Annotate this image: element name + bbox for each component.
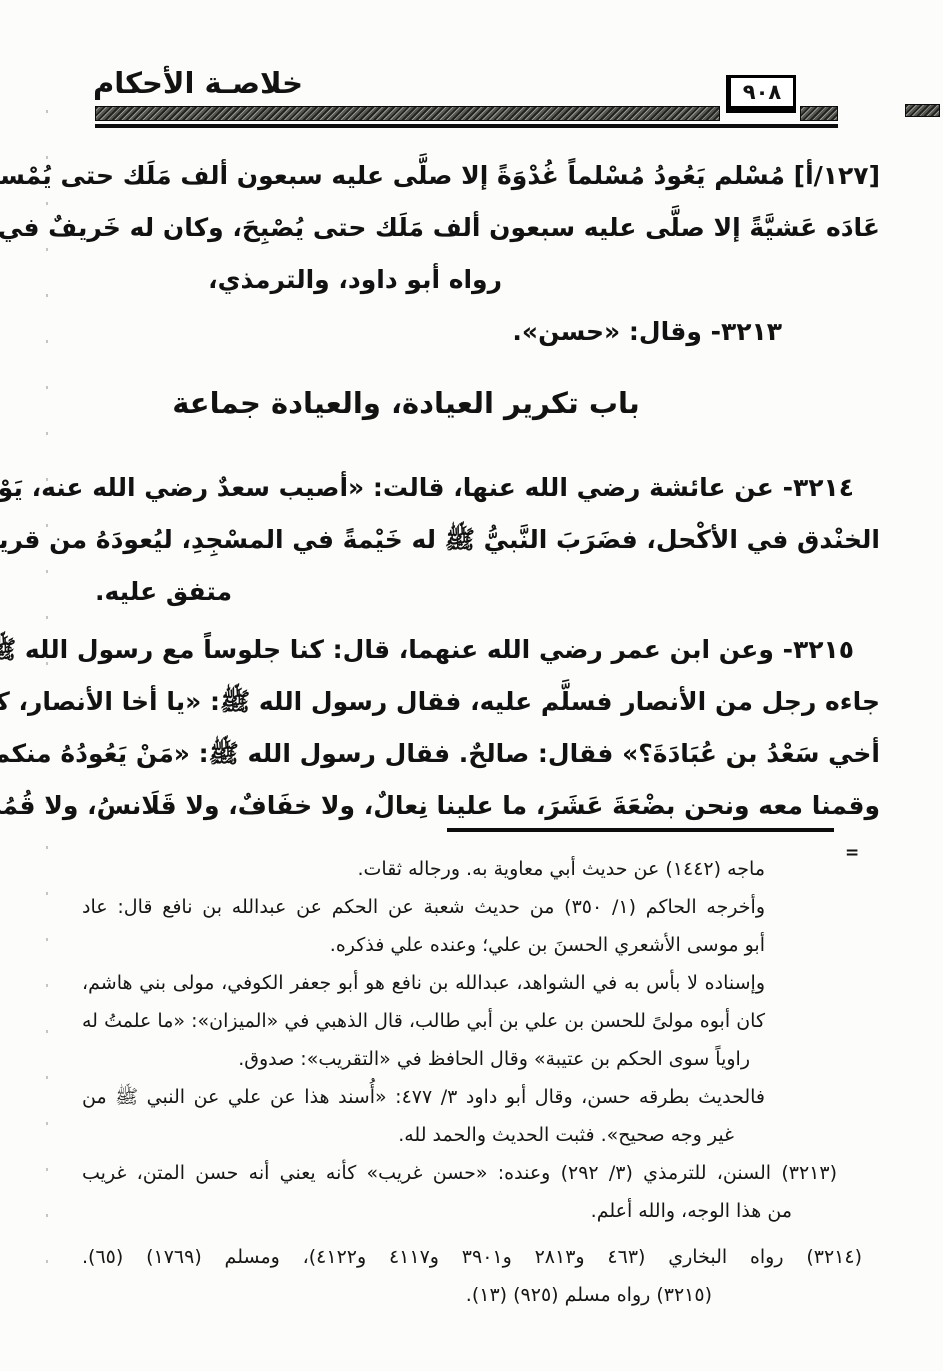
hadith-3215-line-1: ٣٢١٥- وعن ابن عمر رضي الله عنهما، قال: ك… [95, 624, 880, 676]
hadith-continuation-paragraph: [١٢٧/أ] مُسْلم يَعُودُ مُسْلماً غُدْوَةً… [95, 150, 880, 358]
hadith-3215-line-4: وقمنا معه ونحن بضْعَةَ عَشَرَ، ما علينا … [95, 780, 880, 832]
hadith-3214-line-1: ٣٢١٤- عن عائشة رضي الله عنها، قالت: «أصي… [95, 462, 880, 514]
hadith-3214-paragraph: ٣٢١٤- عن عائشة رضي الله عنها، قالت: «أصي… [95, 462, 880, 618]
footnote-line-2: وأخرجه الحاكم (١/ ٣٥٠) من حديث شعبة عن ا… [82, 888, 862, 926]
header-rule [95, 124, 838, 128]
hadith-3215-paragraph: ٣٢١٥- وعن ابن عمر رضي الله عنهما، قال: ك… [95, 624, 880, 832]
footnote-line-6: راوياً سوى الحكم بن عتيبة» وقال الحافظ ف… [82, 1040, 862, 1078]
hadith-3215-line-2: جاءه رجل من الأنصار فسلَّم عليه، فقال رس… [95, 676, 880, 728]
footnote-line-3: أبو موسى الأشعري الحسنَ بن علي؛ وعنده عل… [82, 926, 862, 964]
hadith-3215-line-3: أخي سَعْدُ بن عُبَادَةَ؟» فقال: صالحٌ. ف… [95, 728, 880, 780]
hadith-continuation-line-3: رواه أبو داود، والترمذي، [95, 254, 880, 306]
footnotes-block: ماجه (١٤٤٢) عن حديث أبي معاوية به. ورجال… [82, 850, 862, 1314]
footnote-line-8: غير وجه صحيح». فثبت الحديث والحمد لله. [82, 1116, 862, 1154]
footnote-line-9: (٣٢١٣) السنن، للترمذي (٣/ ٢٩٢) وعنده: «ح… [82, 1154, 862, 1192]
footnote-line-12: (٣٢١٥) رواه مسلم (٩٢٥) (١٣). [82, 1276, 862, 1314]
book-title: خلاصـة الأحكام [93, 66, 303, 100]
header-ornament-band-edge [905, 104, 940, 117]
page-number: ٩٠٨ [743, 82, 781, 103]
footnote-line-1: ماجه (١٤٤٢) عن حديث أبي معاوية به. ورجال… [82, 850, 862, 888]
header-ornament-band-left [95, 106, 720, 121]
footnote-line-11: (٣٢١٤) رواه البخاري (٤٦٣ و٢٨١٣ و٣٩٠١ و٤١… [82, 1238, 862, 1276]
chapter-heading: باب تكرير العيادة، والعيادة جماعة [172, 380, 640, 426]
hadith-continuation-line-1: [١٢٧/أ] مُسْلم يَعُودُ مُسْلماً غُدْوَةً… [95, 150, 880, 202]
book-page: خلاصـة الأحكام ٩٠٨ [١٢٧/أ] مُسْلم يَعُود… [0, 0, 943, 1371]
footnote-line-5: كان أبوه مولىً للحسن بن علي بن أبي طالب،… [82, 1002, 862, 1040]
hadith-3214-line-3: متفق عليه. [95, 566, 880, 618]
hadith-continuation-line-2: عَادَه عَشيَّةً إلا صلَّى عليه سبعون ألف… [95, 202, 880, 254]
header-ornament-band-right [800, 106, 838, 121]
entry-3213-line: ٣٢١٣- وقال: «حسن». [95, 306, 880, 358]
page-number-box: ٩٠٨ [726, 75, 796, 113]
footnote-line-4: وإسناده لا بأس به في الشواهد، عبدالله بن… [82, 964, 862, 1002]
hadith-3214-line-2: الخنْدق في الأكْحل، فضَرَبَ النَّبيُّ ﷺ … [95, 514, 880, 566]
footnote-line-7: فالحديث بطرقه حسن، وقال أبو داود ٣/ ٤٧٧:… [82, 1078, 862, 1116]
footnote-separator [447, 828, 834, 832]
footnote-line-10: من هذا الوجه، والله أعلم. [82, 1192, 862, 1230]
